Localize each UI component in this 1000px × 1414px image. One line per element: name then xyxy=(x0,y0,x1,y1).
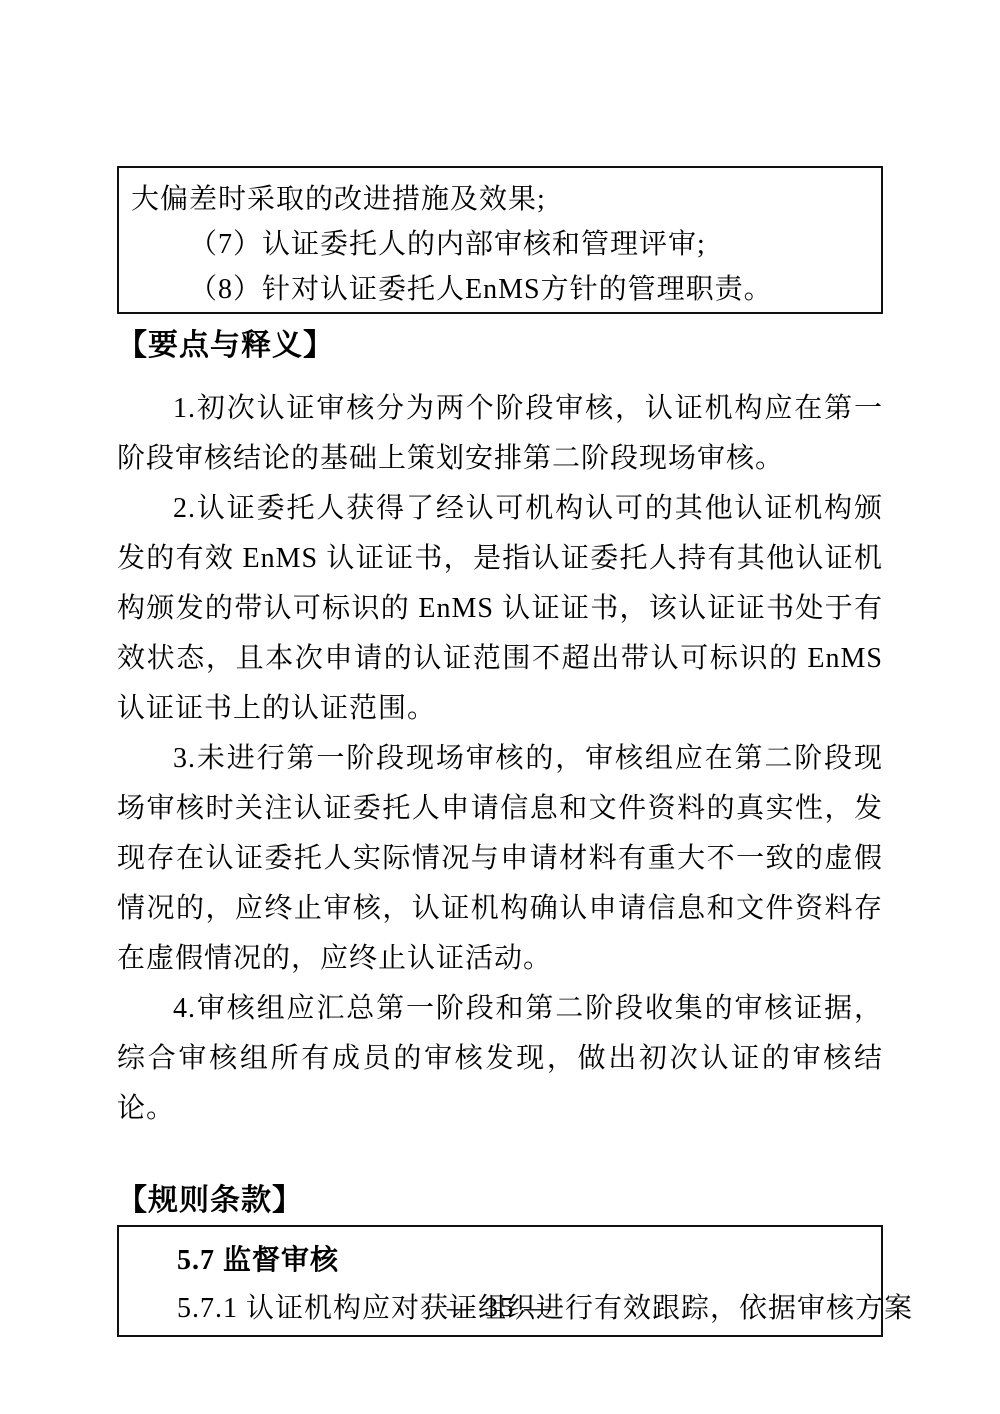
clause-5-7-title: 5.7 监督审核 xyxy=(133,1237,867,1285)
box-line-item-8: （8）针对认证委托人EnMS方针的管理职责。 xyxy=(131,267,869,312)
page-content: 大偏差时采取的改进措施及效果; （7）认证委托人的内部审核和管理评审; （8）针… xyxy=(117,166,883,1337)
page-footer: — 35 — xyxy=(0,1292,1000,1323)
section-heading-rule-clauses: 【规则条款】 xyxy=(117,1183,883,1219)
section-heading-key-points: 【要点与释义】 xyxy=(117,328,883,364)
key-points-paragraph-1: 1.初次认证审核分为两个阶段审核，认证机构应在第一阶段审核结论的基础上策划安排第… xyxy=(117,384,883,484)
page-number: — 35 — xyxy=(447,1292,554,1322)
key-points-paragraph-3: 3.未进行第一阶段现场审核的，审核组应在第二阶段现场审核时关注认证委托人申请信息… xyxy=(117,734,883,984)
key-points-paragraph-2: 2.认证委托人获得了经认可机构认可的其他认证机构颁发的有效 EnMS 认证证书，… xyxy=(117,484,883,734)
key-points-paragraph-4: 4.审核组应汇总第一阶段和第二阶段收集的审核证据，综合审核组所有成员的审核发现，… xyxy=(117,984,883,1134)
continuation-text-box: 大偏差时采取的改进措施及效果; （7）认证委托人的内部审核和管理评审; （8）针… xyxy=(117,166,883,314)
document-page: 大偏差时采取的改进措施及效果; （7）认证委托人的内部审核和管理评审; （8）针… xyxy=(0,0,1000,1414)
box-line-effects: 大偏差时采取的改进措施及效果; xyxy=(131,177,869,222)
box-line-item-7: （7）认证委托人的内部审核和管理评审; xyxy=(131,222,869,267)
